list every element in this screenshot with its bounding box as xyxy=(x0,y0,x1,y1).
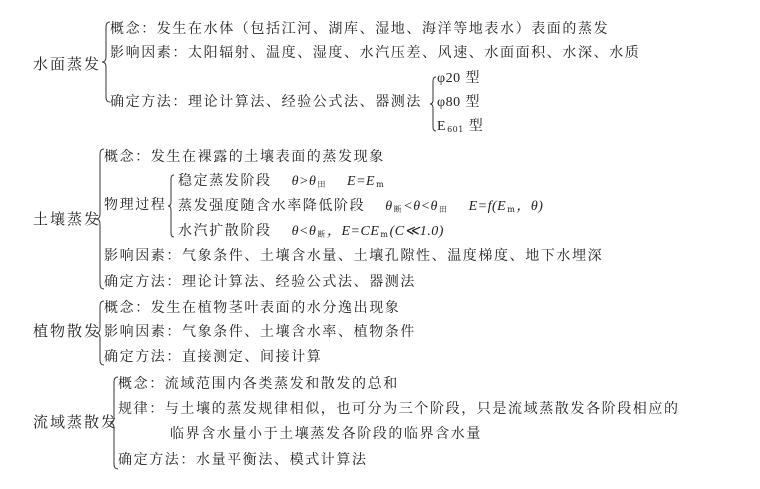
water-method: 确定方法：理论计算法、经验公式法、器测法 xyxy=(110,93,422,111)
stage-stable: 稳定蒸发阶段 θ>θ田 E=Em xyxy=(178,172,385,194)
instrument-phi20: φ20 型 xyxy=(437,69,480,88)
section-title-plant-transpiration: 植物散发 xyxy=(33,322,101,340)
brace-icon xyxy=(167,174,175,238)
section-title-basin-evapotranspiration: 流域蒸散发 xyxy=(33,413,118,431)
water-concept: 概念：发生在水体（包括江河、湖库、湿地、海洋等地表水）表面的蒸发 xyxy=(110,20,609,38)
section-title-water-surface-evaporation: 水面蒸发 xyxy=(33,55,101,73)
plant-factors: 影响因素：气象条件、土壤含水率、植物条件 xyxy=(104,323,416,341)
basin-concept: 概念：流域范围内各类蒸发和散发的总和 xyxy=(118,375,399,393)
stage-vapor-diffusion: 水汽扩散阶段 θ<θ断，E=CEm(C≪1.0) xyxy=(178,222,444,244)
stage-declining: 蒸发强度随含水率降低阶段 θ断<θ<θ田 E=f(Em，θ) xyxy=(178,197,543,219)
plant-method: 确定方法：直接测定、间接计算 xyxy=(104,348,322,366)
soil-factors: 影响因素：气象条件、土壤含水量、土壤孔隙性、温度梯度、地下水埋深 xyxy=(104,247,603,265)
plant-concept: 概念：发生在植物茎叶表面的水分逸出现象 xyxy=(104,299,400,317)
basin-law-line1: 规律：与土壤的蒸发规律相似，也可分为三个阶段，只是流域蒸散发各阶段相应的 xyxy=(118,400,680,418)
instrument-e601: E601 型 xyxy=(437,117,483,139)
soil-process-label: 物理过程 xyxy=(104,196,166,214)
brace-icon xyxy=(429,76,437,132)
water-factors: 影响因素：太阳辐射、温度、湿度、水汽压差、风速、水面面积、水深、水质 xyxy=(110,44,640,62)
soil-method: 确定方法：理论计算法、经验公式法、器测法 xyxy=(104,273,416,291)
basin-law-line2: 临界含水量小于土壤蒸发各阶段的临界含水量 xyxy=(170,425,482,443)
soil-concept: 概念：发生在裸露的土壤表面的蒸发现象 xyxy=(104,148,385,166)
instrument-phi80: φ80 型 xyxy=(437,93,480,112)
basin-method: 确定方法：水量平衡法、模式计算法 xyxy=(118,451,368,469)
brace-icon xyxy=(95,148,105,290)
section-title-soil-evaporation: 土壤蒸发 xyxy=(33,210,101,228)
